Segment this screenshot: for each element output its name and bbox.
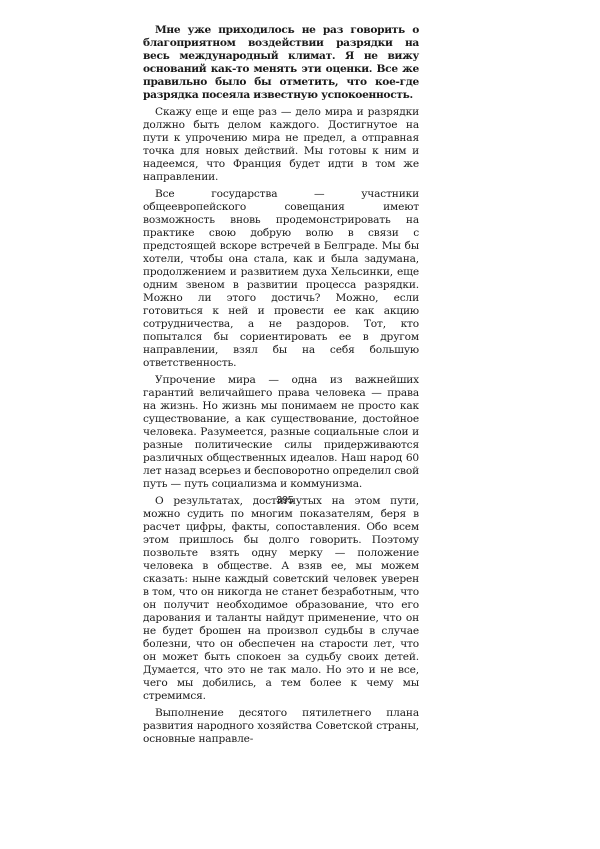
- paragraph-3: Все государства — участники общеевропейс…: [143, 188, 419, 370]
- paragraph-5: О результатах, достигнутых на этом пути,…: [143, 495, 419, 703]
- paragraph-6: Выполнение десятого пятилетнего плана ра…: [143, 707, 419, 746]
- page-number: 395: [270, 494, 300, 506]
- paragraph-1: Мне уже приходилось не раз говорить о бл…: [143, 24, 419, 102]
- paragraph-4: Упрочение мира — одна из важнейших гаран…: [143, 374, 419, 491]
- paragraph-2: Скажу еще и еще раз — дело мира и разряд…: [143, 106, 419, 184]
- document-page: Мне уже приходилось не раз говорить о бл…: [143, 24, 419, 750]
